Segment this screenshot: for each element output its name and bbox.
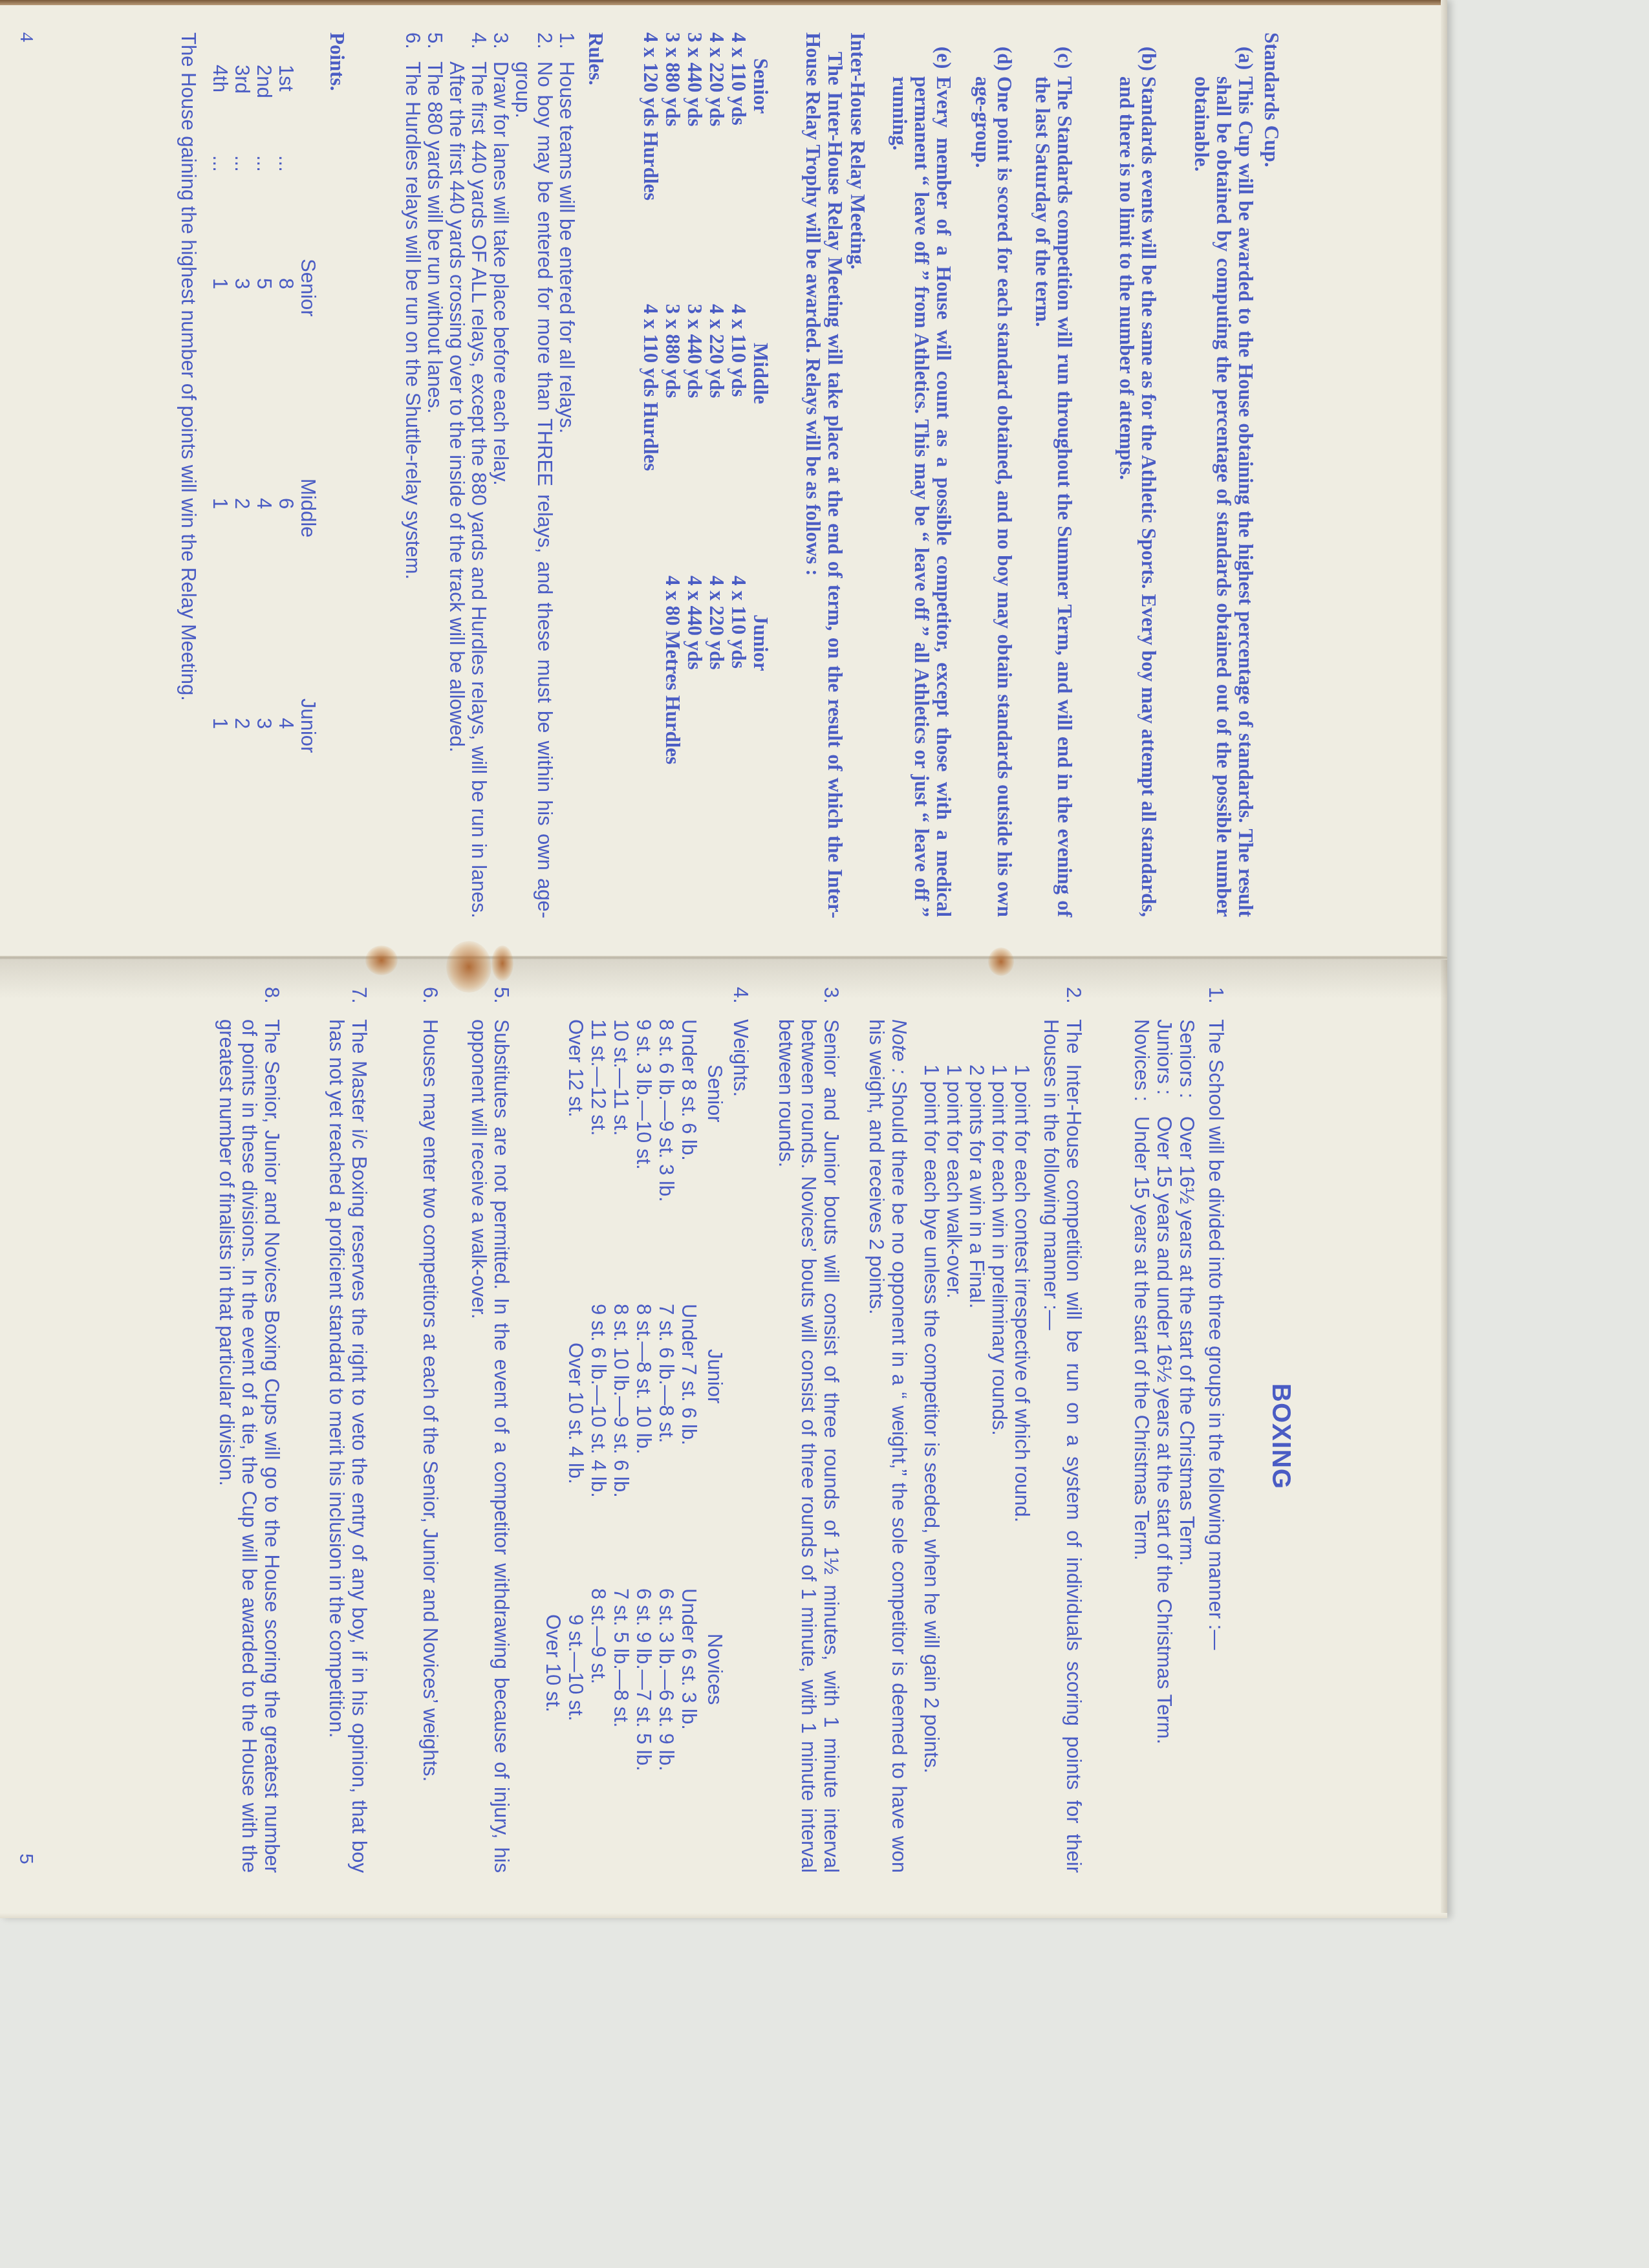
junior-weight: 8 st.—8 st. 10 lb. [632,1304,655,1588]
place: 1st [275,65,297,155]
item-label: (a) [1234,47,1256,70]
points-row: 2nd...543 [253,65,275,905]
note-text: Should there be no opponent in a “ weigh… [865,1019,911,1873]
novices-weight: Under 6 st. 3 lb. [678,1588,700,1873]
item-number: 4. [729,987,752,1004]
points-heading: Points. [326,32,348,91]
leader-dots: ... [253,155,275,259]
rule-number: 6. [402,32,424,61]
page-5: BOXING 1. The School will be divided int… [0,961,1447,1912]
column-header: Senior [297,259,319,479]
points-value: 8 [275,259,297,479]
place: 3rd [231,65,253,155]
boxing-item-1: The School will be divided into three gr… [1205,1019,1227,1873]
standards-item-c: The Standards competition will run throu… [1031,76,1075,917]
boxing-note: Note : Should there be no opponent in a … [865,1019,911,1873]
boxing-title: BOXING [1269,961,1292,1912]
column-header: Middle [297,479,319,698]
relay-cell: 3 x 440 yds [684,304,706,576]
relay-cell: 4 x 220 yds [706,304,727,576]
page-4: Standards Cup. (a) This Cup will be awar… [0,6,1447,956]
junior-weight: 9 st. 6 lb.—10 st. 4 lb. [587,1304,610,1588]
rule-number: 3. [490,32,512,61]
relay-row: 4 x 110 yds4 x 110 yds4 x 110 yds [727,32,749,918]
group-label: Juniors : [1153,1019,1176,1116]
group-text: Over 15 years and under 16½ years at the… [1153,1116,1176,1873]
weights-heading: Weights. [729,1019,752,1097]
rules-heading: Rules. [585,32,607,85]
item-number: 2. [1062,987,1085,1004]
relay-cell: 4 x 220 yds [706,32,727,304]
rule-text: The first 440 yards OF ALL relays, excep… [446,61,490,918]
relay-table-header: Senior Middle Junior [749,32,771,918]
scoring-rule: 1 point for each contest irrespective of… [1011,1064,1033,1873]
senior-weight: 11 st.—12 st. [587,1019,610,1304]
standards-item-a: This Cup will be awarded to the House ob… [1191,76,1256,917]
senior-weight: Under 8 st. 6 lb. [678,1019,700,1304]
place: 2nd [253,65,275,155]
relay-cell: 3 x 880 yds [662,32,684,304]
age-group: Novices :Under 15 years at the start of … [1130,1019,1153,1873]
relay-cell: 4 x 80 Metres Hurdles [662,576,684,918]
scoring-rule: 1 point for each win in preliminary roun… [988,1064,1011,1873]
relay-cell: 4 x 220 yds [706,576,727,918]
points-table: Senior Middle Junior 1st...8642nd...5433… [209,65,319,905]
points-value: 6 [275,479,297,698]
item-number: 1. [1205,987,1227,1004]
senior-weight: 10 st.—11 st. [610,1019,632,1304]
leader-dots: ... [275,155,297,259]
novices-weight: 9 st.—10 st. [565,1588,587,1873]
boxing-item-3: Senior and Junior bouts will consist of … [775,1019,843,1873]
column-header: Junior [700,1304,726,1588]
item-label: (e) [932,47,954,69]
points-table-header: Senior Middle Junior [297,65,319,905]
novices-weight: 6 st. 3 lb.—6 st. 9 lb. [655,1588,678,1873]
points-row: 4th...111 [209,65,231,905]
relay-cell: 4 x 110 yds [727,304,749,576]
relay-cell: 4 x 110 yds [727,32,749,304]
column-header: Senior [749,32,771,304]
relay-cell: 4 x 110 yds [727,576,749,918]
weights-header: SeniorJuniorNovices [700,1019,726,1873]
senior-weight: 8 st. 6 lb.—9 st. 3 lb. [655,1019,678,1304]
group-label: Novices : [1130,1019,1153,1116]
junior-weight: Under 7 st. 6 lb. [678,1304,700,1588]
relay-cell [640,576,662,918]
standards-cup-heading: Standards Cup. [1260,32,1282,167]
points-value: 4 [253,479,275,698]
boxing-item-8: The Senior, Junior and Novices Boxing Cu… [215,1019,283,1873]
standards-item-b: Standards events will be the same as for… [1115,76,1159,917]
points-footer: The House gaining the highest number of … [177,32,199,918]
rule-text: House teams will be entered for all rela… [555,61,577,918]
column-header: Novices [700,1588,726,1873]
rule-number: 2. [512,32,555,61]
points-value: 3 [253,698,275,892]
item-number: 6. [419,987,442,1004]
boxing-item-2: The Inter-House competition will be run … [1040,1019,1085,1873]
standards-item-d: One point is scored for each standard ob… [971,76,1015,917]
points-value: 2 [231,479,253,698]
page-number: 4 [16,32,38,42]
relay-cell: 4 x 440 yds [684,576,706,918]
senior-weight: Over 12 st. [565,1019,587,1304]
weights-row: 8 st. 6 lb.—9 st. 3 lb.7 st. 6 lb.—8 st.… [655,1019,678,1873]
weights-row: 11 st.—12 st.9 st. 6 lb.—10 st. 4 lb.8 s… [587,1019,610,1873]
rule-item: 1.House teams will be entered for all re… [555,32,577,918]
points-row: 3rd...322 [231,65,253,905]
item-number: 8. [261,987,283,1004]
item-number: 5. [490,987,513,1004]
boxing-item-5: Substitutes are not permitted. In the ev… [468,1019,513,1873]
rule-item: 6.The Hurdles relays will be run on the … [402,32,424,918]
rules-list: 1.House teams will be entered for all re… [402,32,577,918]
points-value: 1 [209,479,231,698]
relay-cell: 4 x 110 yds Hurdles [640,304,662,576]
booklet-bottom-edge [0,1913,1447,1918]
group-text: Under 15 years at the start of the Chris… [1130,1116,1153,1873]
leader-dots: ... [231,155,253,259]
boxing-item-7: The Master i/c Boxing reserves the right… [325,1019,371,1873]
junior-weight [542,1304,565,1588]
item-label: (b) [1137,47,1159,71]
relay-cell: 3 x 440 yds [684,32,706,304]
points-row: 1st...864 [275,65,297,905]
page-number: 5 [15,1853,38,1864]
rule-number: 4. [446,32,490,61]
points-value: 2 [231,698,253,892]
scoring-list: 1 point for each contest irrespective of… [920,1064,1033,1873]
leader-dots: ... [209,155,231,259]
weights-row: Under 8 st. 6 lb.Under 7 st. 6 lb.Under … [678,1019,700,1873]
relay-meeting-heading: Inter-House Relay Meeting. [846,32,868,269]
novices-weight: 7 st. 5 lb.—8 st. [610,1588,632,1873]
weights-table: SeniorJuniorNovicesUnder 8 st. 6 lb.Unde… [542,1019,726,1873]
points-value: 1 [209,259,231,479]
relay-row: 3 x 440 yds3 x 440 yds4 x 440 yds [684,32,706,918]
note-label: Note : [888,1019,911,1074]
age-groups: Seniors :Over 16½ years at the start of … [1130,1019,1198,1873]
item-number: 3. [820,987,843,1004]
points-value: 1 [209,698,231,892]
relay-table: Senior Middle Junior 4 x 110 yds4 x 110 … [640,32,771,918]
column-header: Middle [749,304,771,576]
scoring-rule: 1 point for each walk-over. [943,1064,965,1873]
rule-number: 1. [555,32,577,61]
relay-intro: The Inter-House Relay Meeting will take … [802,32,846,918]
booklet-spread: Standards Cup. (a) This Cup will be awar… [0,0,1447,1918]
relay-row: 4 x 120 yds Hurdles4 x 110 yds Hurdles [640,32,662,918]
junior-weight: Over 10 st. 4 lb. [565,1304,587,1588]
junior-weight: 8 st. 10 lb.—9 st. 6 lb. [610,1304,632,1588]
scoring-rule: 1 point for each bye unless the competit… [920,1064,943,1873]
senior-weight: 9 st. 3 lb.—10 st. [632,1019,655,1304]
rule-text: Draw for lanes will take place before ea… [490,61,512,918]
column-header: Junior [749,576,771,847]
novices-weight: Over 10 st. [542,1588,565,1873]
points-value: 3 [231,259,253,479]
weights-row: 9 st. 3 lb.—10 st.8 st.—8 st. 10 lb.6 st… [632,1019,655,1873]
item-label: (d) [993,47,1015,71]
age-group: Seniors :Over 16½ years at the start of … [1176,1019,1198,1873]
points-value: 5 [253,259,275,479]
novices-weight: 6 st. 9 lb.—7 st. 5 lb. [632,1588,655,1873]
rule-item: 5.The 880 yards will be run without lane… [424,32,446,918]
standards-item-e: Every member of a House will count as a … [889,76,954,917]
boxing-item-6: Houses may enter two competitors at each… [419,1019,442,1873]
column-header: Senior [700,1019,726,1304]
item-number: 7. [348,987,371,1004]
senior-weight [542,1019,565,1304]
weights-row: Over 12 st.Over 10 st. 4 lb.9 st.—10 st. [565,1019,587,1873]
weights-row: Over 10 st. [542,1019,565,1873]
rule-item: 4.The first 440 yards OF ALL relays, exc… [446,32,490,918]
novices-weight: 8 st.—9 st. [587,1588,610,1873]
rule-text: The Hurdles relays will be run on the Sh… [402,61,424,918]
relay-cell: 3 x 880 yds [662,304,684,576]
scoring-rule: 2 points for a win in a Final. [965,1064,988,1873]
rule-text: The 880 yards will be run without lanes. [424,61,446,918]
rule-number: 5. [424,32,446,61]
relay-cell: 4 x 120 yds Hurdles [640,32,662,304]
booklet-top-edge [0,0,1447,5]
rule-item: 3.Draw for lanes will take place before … [490,32,512,918]
rule-item: 2.No boy may be entered for more than TH… [512,32,555,918]
relay-row: 4 x 220 yds4 x 220 yds4 x 220 yds [706,32,727,918]
points-value: 4 [275,698,297,892]
place: 4th [209,65,231,155]
junior-weight: 7 st. 6 lb.—8 st. [655,1304,678,1588]
group-text: Over 16½ years at the start of the Chris… [1176,1116,1198,1873]
relay-row: 3 x 880 yds3 x 880 yds4 x 80 Metres Hurd… [662,32,684,918]
age-group: Juniors :Over 15 years and under 16½ yea… [1153,1019,1176,1873]
group-label: Seniors : [1176,1019,1198,1116]
column-header: Junior [297,698,319,892]
rule-text: No boy may be entered for more than THRE… [512,61,555,918]
weights-row: 10 st.—11 st.8 st. 10 lb.—9 st. 6 lb.7 s… [610,1019,632,1873]
item-label: (c) [1053,47,1075,69]
